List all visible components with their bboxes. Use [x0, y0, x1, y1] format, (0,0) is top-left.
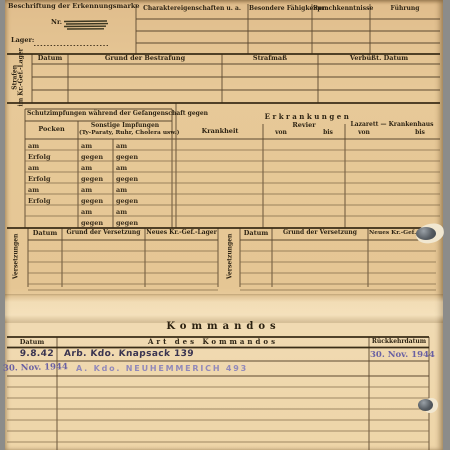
kommandos-header-datum: Datum: [7, 339, 57, 346]
impfungen-cell: am: [116, 185, 127, 195]
kommandos-entry-art: Arb. Kdo. Knapsack 139: [64, 349, 194, 359]
impfungen-title: Schutzimpfungen während der Gefangenscha…: [27, 111, 170, 118]
strafen-header-verbuesst: Verbüßt. Datum: [319, 55, 439, 62]
impfungen-cell: Erfolg: [28, 196, 51, 206]
impfungen-cell: gegen: [81, 196, 103, 206]
traits-col-languages: Sprachkenntnisse: [313, 6, 369, 13]
erkrankungen-revier-von: von: [269, 130, 293, 137]
erkrankungen-header-krankheit: Krankheit: [178, 128, 262, 135]
versetzungen-right-header-datum: Datum: [241, 230, 271, 237]
impfungen-cell: am: [81, 163, 92, 173]
strafen-header-datum: Datum: [33, 55, 67, 62]
versetzungen-left-header-neues: Neues Kr.-Gef.-Lager: [146, 230, 217, 237]
impfungen-cell: am: [28, 185, 39, 195]
traits-col-character: Charaktereigenschaften u. a.: [137, 6, 247, 13]
impfungen-cell: am: [81, 141, 92, 151]
scan-background: Beschriftung der Erkennungsmarke Nr. Lag…: [0, 0, 450, 450]
card-fold: [5, 294, 443, 323]
erkrankungen-title: Erkrankungen: [180, 113, 436, 121]
kommandos-entry-rueckkehr-stamp: 30. Nov. 1944: [370, 350, 428, 360]
kommandos-header-art: Art des Kommandos: [57, 338, 369, 346]
impfungen-cell: gegen: [116, 152, 138, 162]
impfungen-header-sonstige-sub: (Ty-Paraty, Ruhr, Cholera usw.): [79, 130, 171, 136]
impfungen-cell: am: [116, 163, 127, 173]
versetzungen-right-header-grund: Grund der Versetzung: [273, 230, 367, 237]
impfungen-cell: am: [81, 185, 92, 195]
impfungen-cell: am: [116, 141, 127, 151]
impfungen-cell: gegen: [116, 196, 138, 206]
nr-label: Nr.: [51, 19, 65, 26]
kommandos-header-rueckkehr: Rückkehrdatum: [369, 339, 429, 346]
traits-col-conduct: Führung: [371, 6, 439, 13]
lager-label: Lager:: [11, 37, 37, 44]
impfungen-cell: Erfolg: [28, 152, 51, 162]
strafen-side-label: Strafen im Kr.-Gef.-Lager: [13, 47, 26, 107]
impfungen-cell: gegen: [81, 152, 103, 162]
erkrankungen-lazarett-bis: bis: [408, 130, 432, 137]
kommandos-entry-art-stamp: A. Kdo. NEUHEMMERICH 493: [76, 364, 248, 373]
impfungen-cell: gegen: [81, 174, 103, 184]
strafen-side-line2: im Kr.-Gef.-Lager: [18, 48, 25, 106]
nr-scribble: [64, 21, 108, 29]
impfungen-cell: gegen: [81, 218, 103, 228]
impfungen-cell: am: [28, 141, 39, 151]
punch-hole-bottom: [418, 399, 433, 411]
traits-col-abilities: Besondere Fähigkeiten: [249, 6, 311, 13]
kommandos-entry-datum: 9.8.42: [10, 349, 55, 359]
erkrankungen-revier-bis: bis: [316, 130, 340, 137]
punch-hole-top: [416, 227, 436, 240]
impfungen-header-sonstige: Sonstige Impfungen: [79, 123, 171, 130]
impfungen-cell: Erfolg: [28, 174, 51, 184]
versetzungen-left-header-datum: Datum: [29, 230, 61, 237]
erkrankungen-header-lazarett: Lazarett — Krankenhaus: [346, 122, 438, 129]
versetzungen-left-side-label: Versetzungen: [14, 226, 21, 286]
strafen-header-strafmass: Strafmaß: [223, 55, 317, 62]
kommandos-entry-datum-stamp: 30. Nov. 1944: [3, 362, 59, 373]
impfungen-header-pocken: Pocken: [26, 126, 77, 133]
versetzungen-right-header-neues: Neues Kr.-Gef.-Lager: [369, 230, 421, 236]
erkrankungen-lazarett-von: von: [352, 130, 376, 137]
kommandos-title: Kommandos: [7, 321, 440, 332]
impfungen-cell: am: [28, 163, 39, 173]
versetzungen-left-header-grund: Grund der Versetzung: [63, 230, 144, 237]
strafen-header-grund: Grund der Bestrafung: [69, 55, 221, 62]
id-box-title: Beschriftung der Erkennungsmarke: [8, 3, 134, 10]
impfungen-cell: am: [81, 207, 92, 217]
impfungen-cell: gegen: [116, 218, 138, 228]
versetzungen-right-side-label: Versetzungen: [228, 226, 235, 286]
impfungen-cell: gegen: [116, 174, 138, 184]
form-ruling: [0, 0, 450, 450]
impfungen-cell: am: [116, 207, 127, 217]
